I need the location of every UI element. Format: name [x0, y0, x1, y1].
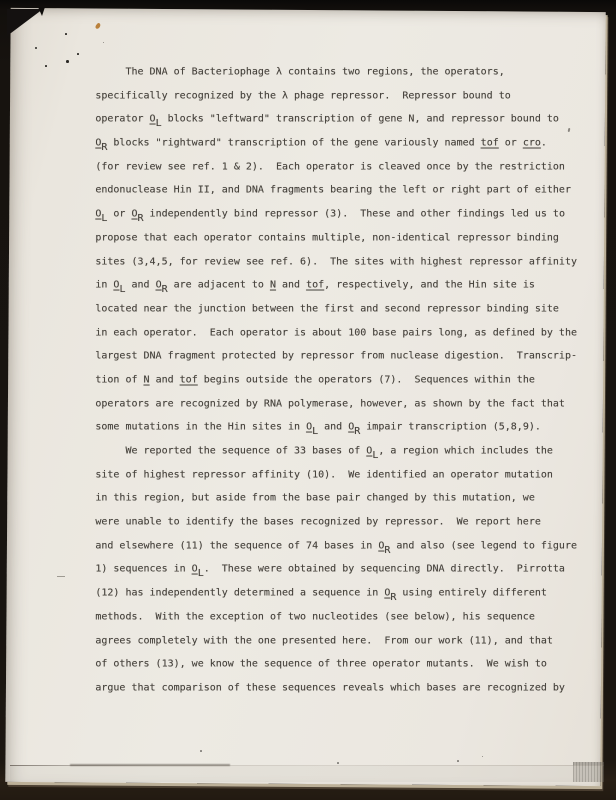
- typed-line: specifically recognized by the λ phage r…: [95, 84, 577, 108]
- typed-line: 1) sequences in OL. These were obtained …: [95, 558, 577, 582]
- document-page: The DNA of Bacteriophage λ contains two …: [5, 8, 605, 786]
- typed-line: sites (3,4,5, for review see ref. 6). Th…: [95, 250, 577, 274]
- operator-l-symbol: OL: [306, 422, 318, 433]
- operator-r-symbol: OR: [156, 280, 168, 291]
- typed-line: operators are recognized by RNA polymera…: [95, 392, 577, 416]
- typed-line: in this region, but aside from the base …: [95, 487, 577, 511]
- typed-line: in OL and OR are adjacent to N and tof, …: [95, 274, 577, 298]
- operator-l-symbol: OL: [95, 209, 107, 220]
- operator-r-symbol: OR: [348, 422, 360, 433]
- typed-line: largest DNA fragment protected by repres…: [95, 345, 577, 369]
- typed-line: methods. With the exception of two nucle…: [95, 605, 577, 629]
- scan-backdrop: The DNA of Bacteriophage λ contains two …: [0, 0, 616, 800]
- underlined-word: tof: [481, 138, 499, 149]
- operator-l-symbol: OL: [150, 114, 162, 125]
- typed-text-block: The DNA of Bacteriophage λ contains two …: [95, 61, 577, 701]
- typed-line: in each operator. Each operator is about…: [95, 321, 577, 345]
- underlined-word: N: [270, 280, 276, 291]
- operator-r-symbol: OR: [131, 209, 143, 220]
- typed-line: OL or OR independently bind repressor (3…: [95, 203, 577, 227]
- typed-line: were unable to identify the bases recogn…: [95, 511, 577, 535]
- typed-line: The DNA of Bacteriophage λ contains two …: [95, 61, 577, 85]
- operator-l-symbol: OL: [366, 446, 378, 457]
- typed-line: of others (13), we know the sequence of …: [95, 653, 577, 677]
- underlined-word: cro: [523, 138, 541, 149]
- typed-line: We reported the sequence of 33 bases of …: [95, 440, 577, 464]
- underlined-word: tof: [180, 374, 198, 385]
- typed-line: agrees completely with the one presented…: [95, 629, 577, 653]
- typed-line: propose that each operator contains mult…: [95, 226, 577, 250]
- typed-line: operator OL blocks "leftward" transcript…: [95, 108, 577, 132]
- typed-line: and elsewhere (11) the sequence of 74 ba…: [95, 534, 577, 558]
- underlined-word: tof: [306, 280, 324, 291]
- typed-line: tion of N and tof begins outside the ope…: [95, 368, 577, 392]
- underlined-word: N: [144, 374, 150, 385]
- typed-line: endonuclease Hin II, and DNA fragments b…: [95, 179, 577, 203]
- typed-line: argue that comparison of these sequences…: [95, 676, 577, 700]
- operator-r-symbol: OR: [378, 540, 390, 551]
- operator-r-symbol: OR: [95, 138, 107, 149]
- operator-l-symbol: OL: [113, 280, 125, 291]
- typed-line: (for review see ref. 1 & 2). Each operat…: [95, 155, 577, 179]
- operator-r-symbol: OR: [384, 588, 396, 599]
- typed-line: OR blocks "rightward" transcription of t…: [95, 132, 577, 156]
- typed-line: site of highest repressor affinity (10).…: [95, 463, 577, 487]
- typed-line: (12) has independently determined a sequ…: [95, 582, 577, 606]
- operator-l-symbol: OL: [192, 564, 204, 575]
- typed-line: some mutations in the Hin sites in OL an…: [95, 416, 577, 440]
